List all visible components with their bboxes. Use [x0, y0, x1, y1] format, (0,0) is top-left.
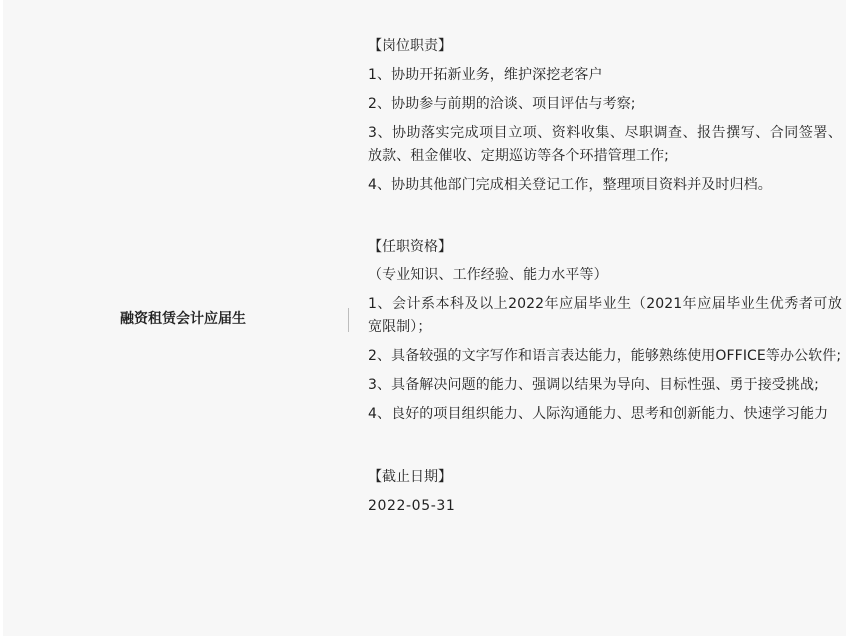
deadline-section: 【截止日期】 2022-05-31	[368, 465, 842, 518]
qualification-item: 1、会计系本科及以上2022年应届毕业生（2021年应届毕业生优秀者可放宽限制）…	[368, 287, 842, 339]
qualifications-heading: 【任职资格】	[368, 235, 842, 259]
section-spacer	[368, 197, 842, 235]
qualification-item: 4、良好的项目组织能力、人际沟通能力、思考和创新能力、快速学习能力	[368, 397, 842, 426]
column-divider	[348, 308, 349, 332]
section-spacer	[368, 426, 842, 465]
responsibilities-heading: 【岗位职责】	[368, 34, 842, 58]
deadline-heading: 【截止日期】	[368, 465, 842, 489]
job-title: 融资租赁会计应届生	[3, 309, 355, 329]
deadline-date: 2022-05-31	[368, 489, 842, 518]
job-description: 【岗位职责】 1、协助开拓新业务，维护深挖老客户 2、协助参与前期的洽谈、项目评…	[368, 34, 842, 518]
responsibility-item: 4、协助其他部门完成相关登记工作，整理项目资料并及时归档。	[368, 168, 842, 197]
responsibility-item: 2、协助参与前期的洽谈、项目评估与考察;	[368, 87, 842, 116]
qualifications-section: 【任职资格】 （专业知识、工作经验、能力水平等） 1、会计系本科及以上2022年…	[368, 235, 842, 426]
qualification-item: 3、具备解决问题的能力、强调以结果为导向、目标性强、勇于接受挑战;	[368, 368, 842, 397]
responsibilities-section: 【岗位职责】 1、协助开拓新业务，维护深挖老客户 2、协助参与前期的洽谈、项目评…	[368, 34, 842, 197]
responsibility-item: 1、协助开拓新业务，维护深挖老客户	[368, 58, 842, 87]
qualifications-subheading: （专业知识、工作经验、能力水平等）	[368, 259, 842, 287]
qualification-item: 2、具备较强的文字写作和语言表达能力，能够熟练使用OFFICE等办公软件;	[368, 339, 842, 368]
job-detail-panel: 融资租赁会计应届生 【岗位职责】 1、协助开拓新业务，维护深挖老客户 2、协助参…	[3, 0, 846, 636]
responsibility-item: 3、协助落实完成项目立项、资料收集、尽职调查、报告撰写、合同签署、放款、租金催收…	[368, 116, 842, 168]
